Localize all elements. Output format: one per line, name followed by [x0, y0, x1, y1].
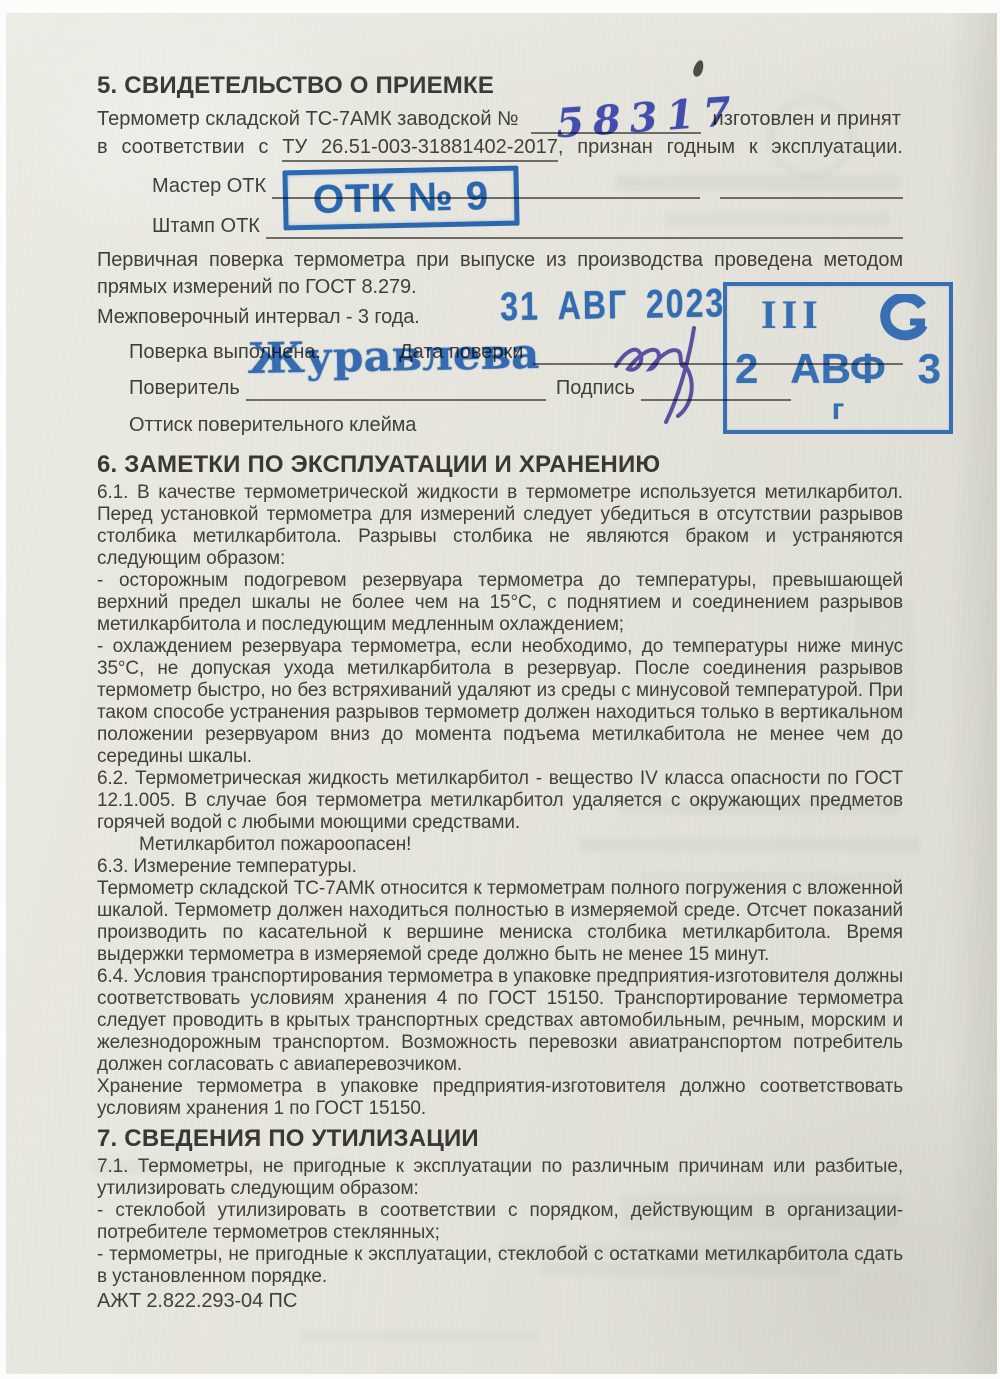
scanned-document-page: 5. СВИДЕТЕЛЬСТВО О ПРИЕМКЕ Термометр скл… [0, 0, 1000, 1379]
verifier-signature [608, 320, 728, 430]
section7-title: 7. СВЕДЕНИЯ ПО УТИЛИЗАЦИИ [97, 1125, 903, 1153]
quarter-numeral: III [761, 294, 823, 336]
paragraph-6-3: 6.3. Измерение температуры. [97, 856, 903, 878]
tu-number: ТУ 26.51-003-31881402-2017 [282, 136, 558, 162]
paragraph-6-1-dash1: - осторожным подогревом резервуара термо… [97, 570, 903, 636]
stamp-otk-label: Штамп ОТК [152, 213, 260, 239]
tu-line-pre: в соответствии с [97, 136, 282, 158]
section5-title: 5. СВИДЕТЕЛЬСТВО О ПРИЕМКЕ [97, 72, 903, 100]
paragraph-flammable-note: Метилкарбитол пожароопасен! [97, 834, 903, 856]
verifier-name-stamp: Журавлева [247, 329, 540, 383]
paragraph-7-1-dash1: - стеклобой утилизировать в соответствии… [97, 1200, 903, 1244]
paragraph-6-1-dash2: - охлаждением резервуара термометра, есл… [97, 636, 903, 768]
verifier-label: Поверитель [129, 375, 240, 401]
paragraph-7-1: 7.1. Термометры, не пригодные к эксплуат… [97, 1156, 903, 1200]
stamp-otk-row: Штамп ОТК [152, 213, 903, 239]
paragraph-6-2: 6.2. Термометрическая жидкость метилкарб… [97, 768, 903, 834]
document-content: 5. СВИДЕТЕЛЬСТВО О ПРИЕМКЕ Термометр скл… [97, 72, 903, 1313]
verification-box-stamp: III 2 АВФ 3 г [723, 282, 953, 434]
verification-box-row1: III [727, 286, 949, 346]
paragraph-storage: Хранение термометра в упаковке предприят… [97, 1076, 903, 1120]
master-otk-row: Мастер ОТК [152, 173, 903, 199]
paragraph-6-1: 6.1. В качестве термометрической жидкост… [97, 482, 903, 570]
tu-line: в соответствии с ТУ 26.51-003-31881402-2… [97, 134, 903, 161]
paragraph-6-3-text: Термометр складской ТС-7АМК относится к … [97, 878, 903, 966]
verification-letter: г [727, 394, 949, 426]
otk-number-stamp: ОТК № 9 [282, 166, 519, 231]
serial-line: Термометр складской ТС-7АМК заводской № … [97, 104, 903, 134]
paragraph-6-4: 6.4. Условия транспортирования термометр… [97, 966, 903, 1076]
bleed-through [300, 1330, 540, 1342]
master-otk-blank-line-2 [720, 173, 903, 199]
paragraph-7-1-dash2: - термометры, не пригодные к эксплуатаци… [97, 1244, 903, 1288]
otk-number-stamp-text: ОТК № 9 [313, 174, 490, 223]
verification-code: 2 АВФ 3 [727, 346, 949, 392]
section6-title: 6. ЗАМЕТКИ ПО ЭКСПЛУАТАЦИИ И ХРАНЕНИЮ [97, 451, 903, 479]
serial-line-before: Термометр складской ТС-7АМК заводской № [97, 104, 519, 134]
verification-mark-icon [877, 294, 931, 342]
master-otk-label: Мастер ОТК [152, 173, 266, 199]
document-code: АЖТ 2.822.293-04 ПС [97, 1289, 903, 1313]
